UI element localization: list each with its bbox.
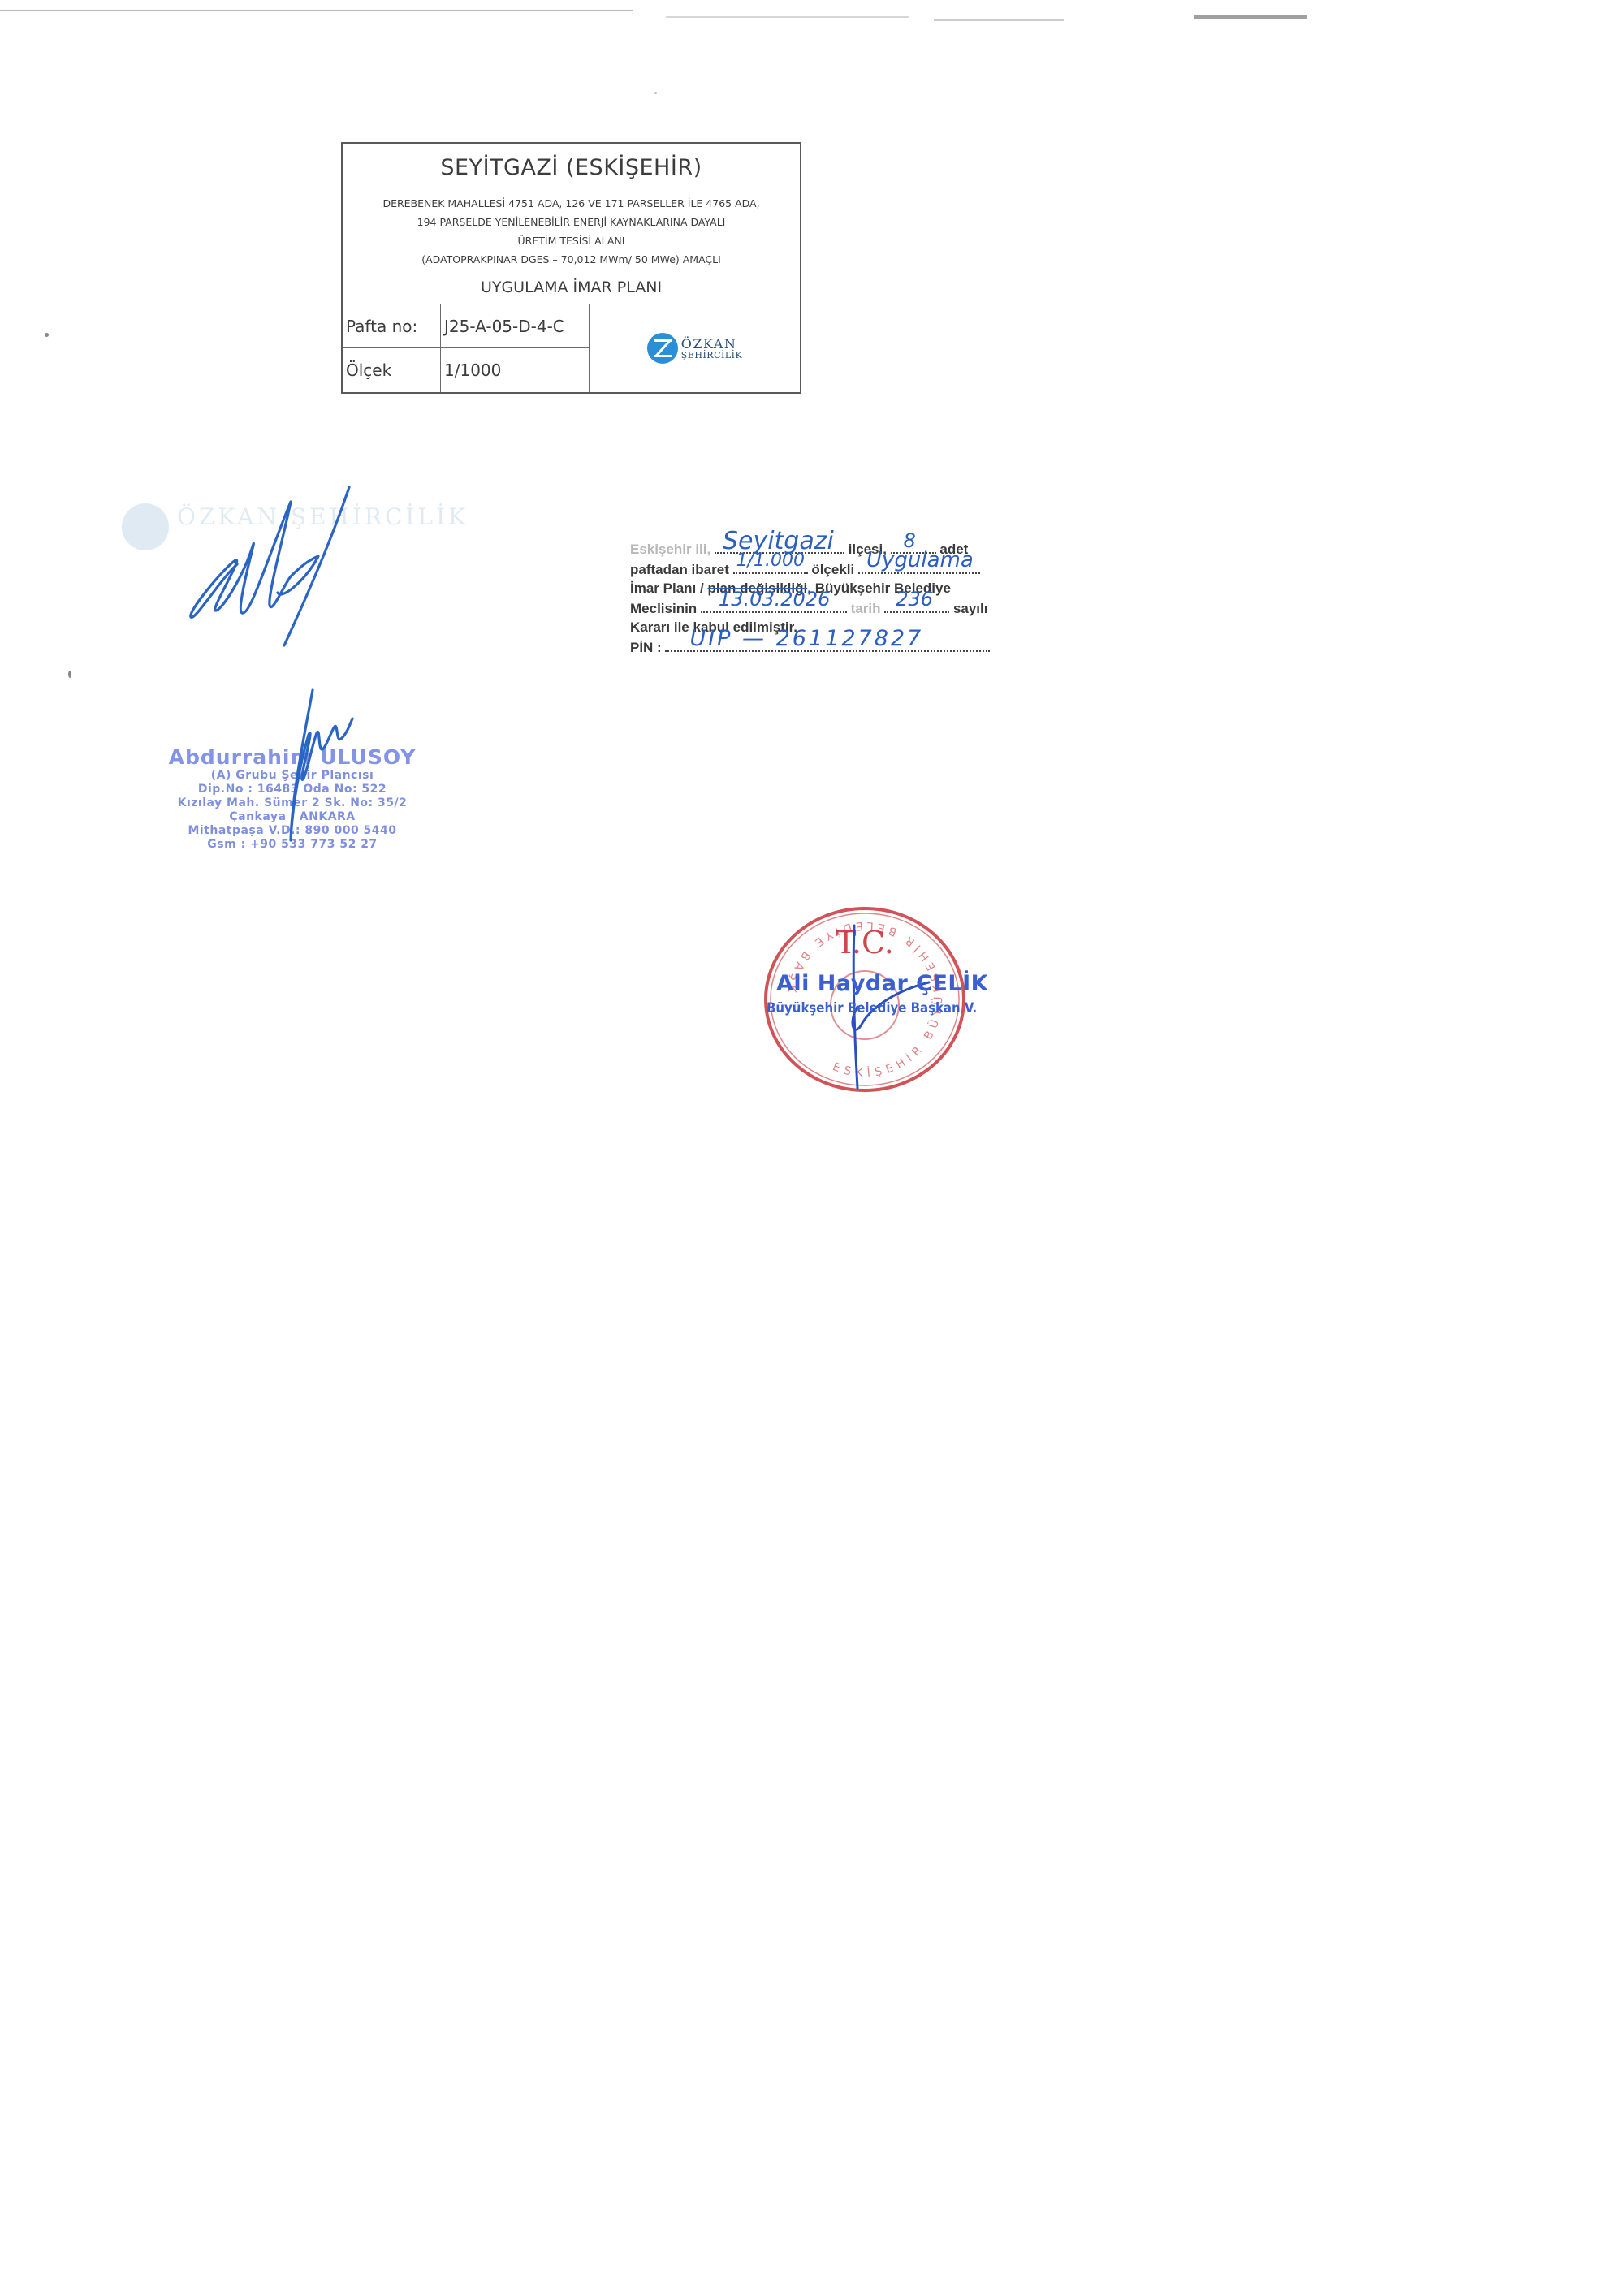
approval-text: paftadan ibaret — [630, 562, 733, 577]
scan-artifact-line — [666, 16, 909, 18]
approval-line-2: paftadan ibaret 1/1.000 ölçekli Uygulama — [630, 559, 1085, 580]
plan-location-heading: SEYİTGAZİ (ESKİŞEHİR) — [343, 144, 800, 192]
plan-type-handwritten: Uygulama — [866, 551, 974, 571]
scale-handwritten: 1/1.000 — [736, 551, 805, 571]
plan-description-line: 194 PARSELDE YENİLENEBİLİR ENERJİ KAYNAK… — [343, 213, 800, 231]
approval-text: Eskişehir ili, — [630, 542, 715, 557]
pin-field: UIP — 261127827 — [665, 637, 990, 652]
ozkan-logo-icon — [647, 333, 678, 364]
plan-description-line: ÜRETİM TESİSİ ALANI — [343, 231, 800, 250]
seal-signer-name: Ali Haydar ÇELİK — [776, 971, 988, 996]
approval-line-3: İmar Planı / plan değişikliği, Büyükşehi… — [630, 579, 1085, 598]
company-logo: ÖZKAN ŞEHİRCİLİK — [590, 304, 800, 392]
approval-line-1: Eskişehir ili, Seyitgazi ilçesi, 8 adet — [630, 539, 1085, 559]
district-handwritten: Seyitgazi — [723, 532, 834, 551]
approval-text: İmar Planı / — [630, 580, 707, 596]
scale-field: 1/1.000 — [733, 559, 808, 574]
plan-description: DEREBENEK MAHALLESİ 4751 ADA, 126 VE 171… — [343, 192, 800, 270]
municipal-seal: T.C. ESKİŞEHİR BÜYÜKŞEHİR BELEDİYE BAŞKA… — [758, 901, 971, 1098]
approval-text: ölçekli — [808, 562, 858, 577]
meeting-date-field: 13.03.2026 — [701, 598, 847, 613]
logo-line-1: ÖZKAN — [681, 338, 742, 351]
scan-speck — [68, 671, 71, 678]
decision-number-field: 236 — [884, 598, 949, 613]
scale-value: 1/1000 — [441, 348, 590, 392]
scan-speck — [45, 333, 49, 337]
plan-type-field: Uygulama — [858, 559, 980, 574]
scan-artifact-line — [1194, 15, 1307, 19]
council-approval-stamp: Eskişehir ili, Seyitgazi ilçesi, 8 adet … — [630, 539, 1085, 657]
approval-line-6: PİN : UIP — 261127827 — [630, 637, 1085, 658]
plan-description-line: DEREBENEK MAHALLESİ 4751 ADA, 126 VE 171… — [343, 194, 800, 213]
sheet-number-label: Pafta no: — [343, 304, 441, 348]
plan-description-line: (ADATOPRAKPINAR DGES – 70,012 MWm/ 50 MW… — [343, 250, 800, 269]
meeting-date-handwritten: 13.03.2026 — [719, 590, 830, 610]
approval-text: PİN : — [630, 640, 665, 655]
sheet-number-value: J25-A-05-D-4-C — [441, 304, 590, 348]
scan-artifact-line — [934, 19, 1064, 21]
seal-ring-icon: T.C. ESKİŞEHİR BÜYÜKŞEHİR BELEDİYE BAŞKA… — [758, 901, 971, 1098]
scale-label: Ölçek — [343, 348, 441, 392]
approval-text: tarih — [847, 601, 884, 616]
seal-signer-title: Büyükşehir Belediye Başkan V. — [767, 1000, 977, 1016]
plan-info-grid: Pafta no: J25-A-05-D-4-C ÖZKAN ŞEHİRCİLİ… — [343, 304, 800, 392]
logo-line-2: ŞEHİRCİLİK — [681, 351, 742, 360]
approval-text: sayılı — [949, 601, 987, 616]
pin-handwritten: UIP — 261127827 — [689, 629, 923, 649]
scan-speck — [654, 92, 657, 94]
approval-line-4: Meclisinin 13.03.2026 tarih 236 sayılı — [630, 598, 1085, 619]
plan-type: UYGULAMA İMAR PLANI — [343, 270, 800, 304]
signature-2 — [268, 686, 365, 848]
approval-text: Meclisinin — [630, 601, 701, 616]
scan-artifact-line — [0, 10, 633, 11]
plan-title-block: SEYİTGAZİ (ESKİŞEHİR) DEREBENEK MAHALLES… — [341, 142, 801, 394]
signature-1 — [187, 479, 382, 650]
decision-number-handwritten: 236 — [896, 590, 933, 610]
faint-logo-icon — [122, 503, 169, 550]
